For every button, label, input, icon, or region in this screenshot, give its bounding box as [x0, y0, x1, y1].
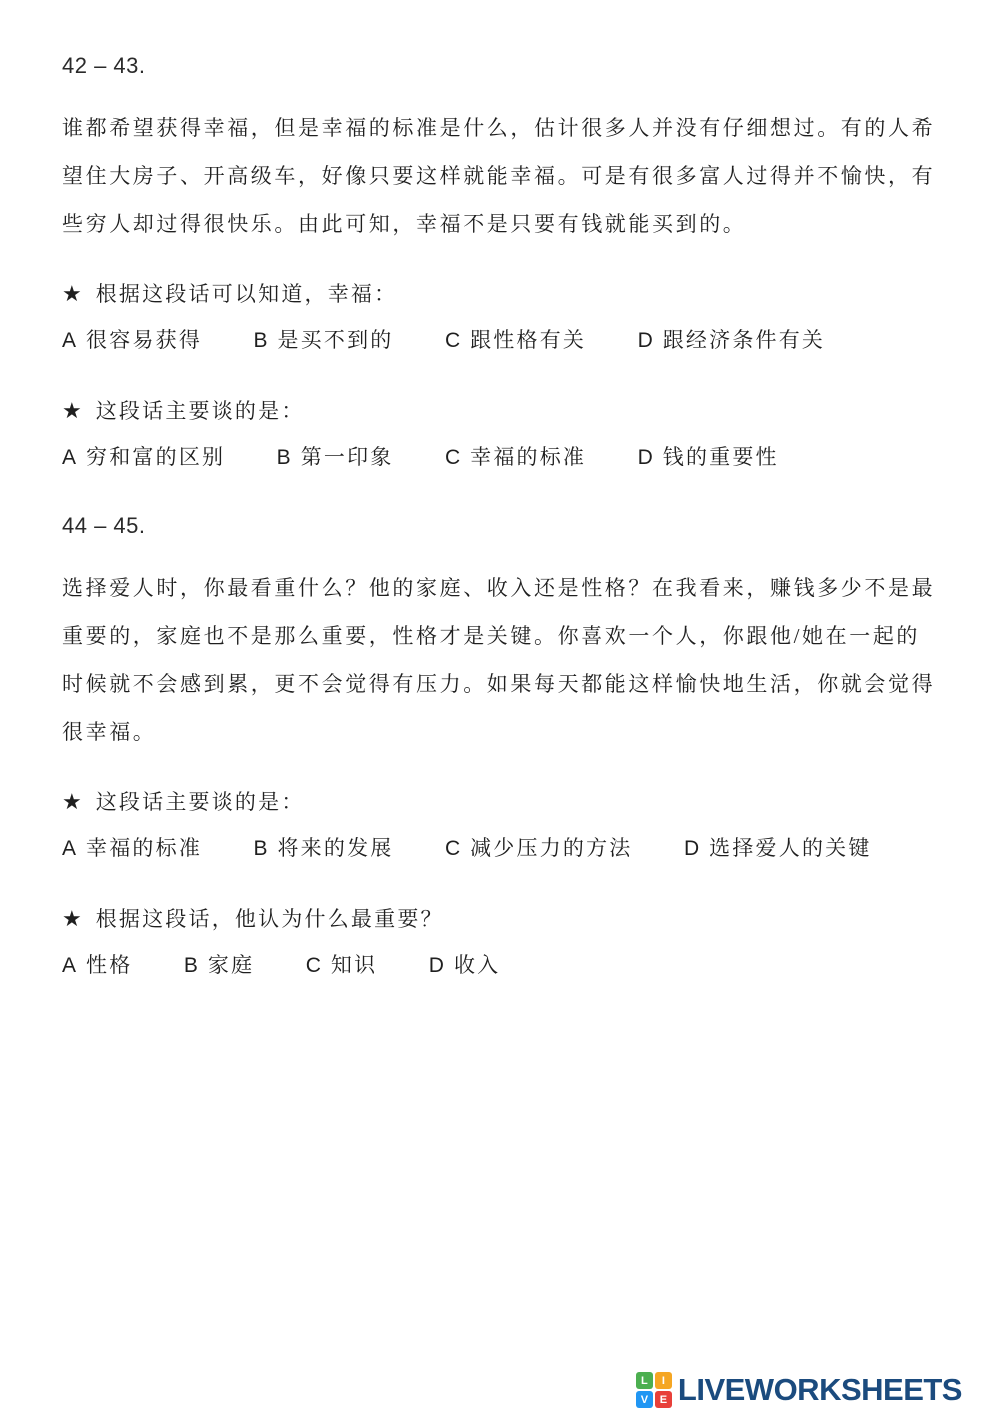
- option-letter: B: [184, 954, 198, 977]
- question-prompt-text: 这段话主要谈的是：: [96, 399, 305, 423]
- section-42-43: 42 – 43. 谁都希望获得幸福，但是幸福的标准是什么，估计很多人并没有仔细想…: [62, 52, 938, 474]
- question-prompt: ★根据这段话可以知道，幸福：: [62, 278, 938, 310]
- option-letter: A: [62, 329, 76, 352]
- option-letter: B: [253, 329, 267, 352]
- question-prompt: ★这段话主要谈的是：: [62, 395, 938, 427]
- option-text: 跟性格有关: [470, 328, 586, 352]
- option-text: 知识: [331, 953, 377, 977]
- option-d[interactable]: D收入: [429, 949, 501, 982]
- option-text: 家庭: [208, 953, 254, 977]
- section-heading: 42 – 43.: [62, 52, 938, 80]
- option-text: 收入: [454, 953, 500, 977]
- option-letter: B: [253, 837, 267, 860]
- section-heading: 44 – 45.: [62, 512, 938, 540]
- question-prompt-text: 根据这段话可以知道，幸福：: [96, 282, 398, 306]
- option-letter: D: [638, 329, 653, 352]
- star-icon: ★: [62, 398, 82, 423]
- option-text: 选择爱人的关键: [709, 836, 871, 860]
- option-c[interactable]: C幸福的标准: [445, 441, 586, 474]
- option-text: 性格: [86, 953, 132, 977]
- option-text: 钱的重要性: [663, 445, 779, 469]
- worksheet-page: 42 – 43. 谁都希望获得幸福，但是幸福的标准是什么，估计很多人并没有仔细想…: [0, 0, 1000, 982]
- option-letter: A: [62, 837, 76, 860]
- option-letter: C: [445, 329, 460, 352]
- question-prompt-text: 这段话主要谈的是：: [96, 790, 305, 814]
- option-d[interactable]: D选择爱人的关键: [684, 832, 872, 865]
- option-letter: C: [445, 837, 460, 860]
- section-44-45: 44 – 45. 选择爱人时，你最看重什么？他的家庭、收入还是性格？在我看来，赚…: [62, 512, 938, 982]
- star-icon: ★: [62, 906, 82, 931]
- option-letter: D: [429, 954, 444, 977]
- option-b[interactable]: B将来的发展: [253, 832, 393, 865]
- passage-line: 望住大房子、开高级车，好像只要这样就能幸福。可是有很多富人过得并不愉快，有: [62, 152, 938, 200]
- logo-tile-i: I: [655, 1372, 672, 1389]
- option-letter: C: [306, 954, 321, 977]
- liveworksheets-logo[interactable]: L I V E LIVEWORKSHEETS: [636, 1372, 962, 1408]
- option-letter: D: [638, 446, 653, 469]
- option-text: 幸福的标准: [86, 836, 202, 860]
- passage-text: 选择爱人时，你最看重什么？他的家庭、收入还是性格？在我看来，赚钱多少不是最 重要…: [62, 564, 938, 756]
- passage-line: 时候就不会感到累，更不会觉得有压力。如果每天都能这样愉快地生活，你就会觉得: [62, 660, 938, 708]
- option-text: 是买不到的: [277, 328, 393, 352]
- passage-line: 很幸福。: [62, 708, 938, 756]
- logo-tile-e: E: [655, 1391, 672, 1408]
- question-prompt: ★这段话主要谈的是：: [62, 786, 938, 818]
- option-c[interactable]: C减少压力的方法: [445, 832, 633, 865]
- option-letter: D: [684, 837, 699, 860]
- option-letter: B: [277, 446, 291, 469]
- option-c[interactable]: C知识: [306, 949, 378, 982]
- logo-tile-l: L: [636, 1372, 653, 1389]
- option-a[interactable]: A穷和富的区别: [62, 441, 225, 474]
- liveworksheets-wordmark: LIVEWORKSHEETS: [678, 1372, 962, 1408]
- options-row: A幸福的标准 B将来的发展 C减少压力的方法 D选择爱人的关键: [62, 832, 938, 865]
- option-text: 减少压力的方法: [470, 836, 632, 860]
- option-text: 很容易获得: [86, 328, 202, 352]
- options-row: A很容易获得 B是买不到的 C跟性格有关 D跟经济条件有关: [62, 324, 938, 357]
- option-text: 跟经济条件有关: [663, 328, 825, 352]
- option-text: 幸福的标准: [470, 445, 586, 469]
- star-icon: ★: [62, 789, 82, 814]
- passage-line: 选择爱人时，你最看重什么？他的家庭、收入还是性格？在我看来，赚钱多少不是最: [62, 564, 938, 612]
- options-row: A性格 B家庭 C知识 D收入: [62, 949, 938, 982]
- option-letter: C: [445, 446, 460, 469]
- option-b[interactable]: B家庭: [184, 949, 254, 982]
- liveworksheets-grid-icon: L I V E: [636, 1372, 672, 1408]
- option-a[interactable]: A幸福的标准: [62, 832, 202, 865]
- option-letter: A: [62, 954, 76, 977]
- passage-line: 谁都希望获得幸福，但是幸福的标准是什么，估计很多人并没有仔细想过。有的人希: [62, 104, 938, 152]
- option-text: 第一印象: [301, 445, 394, 469]
- option-c[interactable]: C跟性格有关: [445, 324, 586, 357]
- passage-line: 重要的，家庭也不是那么重要，性格才是关键。你喜欢一个人，你跟他/她在一起的: [62, 612, 938, 660]
- options-row: A穷和富的区别 B第一印象 C幸福的标准 D钱的重要性: [62, 441, 938, 474]
- option-b[interactable]: B第一印象: [277, 441, 394, 474]
- option-d[interactable]: D跟经济条件有关: [638, 324, 826, 357]
- question-prompt-text: 根据这段话，他认为什么最重要？: [96, 907, 444, 931]
- star-icon: ★: [62, 281, 82, 306]
- passage-text: 谁都希望获得幸福，但是幸福的标准是什么，估计很多人并没有仔细想过。有的人希 望住…: [62, 104, 938, 248]
- option-text: 穷和富的区别: [86, 445, 225, 469]
- question-prompt: ★根据这段话，他认为什么最重要？: [62, 903, 938, 935]
- option-a[interactable]: A很容易获得: [62, 324, 202, 357]
- option-b[interactable]: B是买不到的: [253, 324, 393, 357]
- option-text: 将来的发展: [277, 836, 393, 860]
- option-d[interactable]: D钱的重要性: [638, 441, 779, 474]
- option-a[interactable]: A性格: [62, 949, 132, 982]
- logo-tile-v: V: [636, 1391, 653, 1408]
- option-letter: A: [62, 446, 76, 469]
- passage-line: 些穷人却过得很快乐。由此可知，幸福不是只要有钱就能买到的。: [62, 200, 938, 248]
